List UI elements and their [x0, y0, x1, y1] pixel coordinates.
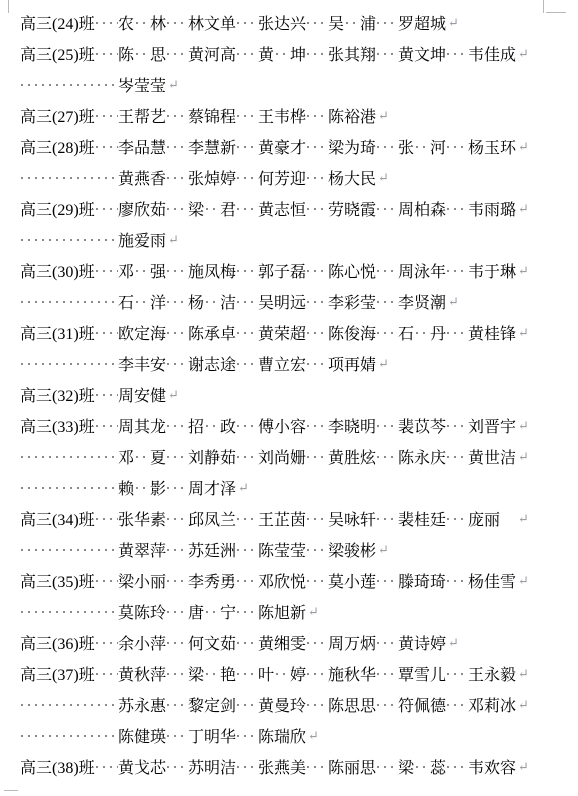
- dot-leader: [166, 100, 188, 131]
- tab-gap: [236, 720, 258, 751]
- tab-gap: [306, 689, 328, 720]
- tab-gap: [166, 472, 188, 503]
- class-label-cell: [20, 472, 118, 503]
- class-label-cell: [20, 286, 118, 317]
- dot-leader: [376, 410, 398, 441]
- tab-gap: [306, 100, 328, 131]
- given-name-char: 君: [220, 197, 236, 220]
- class-label: 高三(30)班: [20, 259, 95, 282]
- dot-leader: [236, 627, 258, 658]
- tab-gap: [306, 38, 328, 69]
- class-label-cell: 高三(24)班: [20, 7, 118, 38]
- dot-leader: [306, 689, 328, 720]
- dot-leader: [166, 441, 188, 472]
- student-name: 梁艳: [188, 658, 236, 689]
- text-boundary-mark-top-left: [8, 0, 9, 13]
- student-name: 陈永庆: [398, 441, 446, 472]
- student-name: 邓夏: [118, 441, 166, 472]
- dot-leader: [446, 441, 468, 472]
- student-name: 符佩德: [398, 689, 446, 720]
- dot-leader: [236, 38, 258, 69]
- class-label: 高三(32)班: [20, 383, 95, 406]
- dot-leader: [306, 286, 328, 317]
- class-label: 高三(35)班: [20, 569, 95, 592]
- class-row: 高三(32)班周安健↵: [20, 379, 578, 410]
- dot-leader: [236, 596, 258, 627]
- class-label-cell: [20, 441, 118, 472]
- tab-gap: [306, 131, 328, 162]
- student-name: 杨佳雪: [468, 565, 516, 596]
- dot-leader: [236, 503, 258, 534]
- dot-leader: [376, 689, 398, 720]
- class-row: 高三(31)班欧定海陈承卓黄荣超陈俊海石丹黄桂锋↵: [20, 317, 578, 348]
- tab-gap: [236, 162, 258, 193]
- dot-leader: [376, 751, 398, 782]
- class-row: 高三(34)班张华素邱凤兰王芷茵吴咏轩裴桂廷庞丽↵: [20, 503, 578, 534]
- student-name: 韦佳成: [468, 38, 516, 69]
- dot-leader: [376, 627, 398, 658]
- name-inner-dot-leader: [205, 286, 219, 317]
- line-return-mark-icon: ↵: [518, 317, 529, 348]
- student-name: 唐宁: [188, 596, 236, 627]
- tab-gap: [376, 410, 398, 441]
- student-name: 施凤梅: [188, 255, 236, 286]
- line-return-mark-icon: ↵: [518, 441, 529, 472]
- tab-gap: [236, 627, 258, 658]
- dot-leader: [306, 255, 328, 286]
- tab-gap: [376, 193, 398, 224]
- dot-leader: [236, 751, 258, 782]
- student-name: 陈瑞欣: [258, 720, 306, 751]
- surname-char: 石: [118, 290, 134, 313]
- student-name: 丁明华: [188, 720, 236, 751]
- name-inner-dot-leader: [205, 193, 219, 224]
- dot-leader: [95, 751, 118, 782]
- dot-leader: [20, 472, 118, 503]
- student-name: 裴苡芩: [398, 410, 446, 441]
- continuation-row: 黄燕香张焯婷何芳迎杨大民↵: [20, 162, 578, 193]
- name-inner-dot-leader: [135, 255, 149, 286]
- student-name: 韦欢容: [468, 751, 516, 782]
- tab-gap: [236, 534, 258, 565]
- given-name-char: 政: [220, 414, 236, 437]
- tab-gap: [236, 658, 258, 689]
- dot-leader: [95, 317, 118, 348]
- student-name: 施秋华: [328, 658, 376, 689]
- dot-leader: [236, 162, 258, 193]
- dot-leader: [20, 441, 118, 472]
- tab-gap: [236, 100, 258, 131]
- student-name: 李慧新: [188, 131, 236, 162]
- student-name: 刘晋宇: [468, 410, 516, 441]
- student-name: 招政: [188, 410, 236, 441]
- tab-gap: [166, 503, 188, 534]
- student-name: 劳晓霞: [328, 193, 376, 224]
- tab-gap: [306, 7, 328, 38]
- dot-leader: [166, 720, 188, 751]
- student-name: 黄桂锋: [468, 317, 516, 348]
- surname-char: 杨: [188, 290, 204, 313]
- dot-leader: [95, 503, 118, 534]
- student-name: 李秀勇: [188, 565, 236, 596]
- student-name: 黄秋萍: [118, 658, 166, 689]
- class-label-cell: 高三(25)班: [20, 38, 118, 69]
- student-name: 施爱雨: [118, 224, 166, 255]
- tab-gap: [446, 503, 468, 534]
- dot-leader: [236, 100, 258, 131]
- student-name: 余小萍: [118, 627, 166, 658]
- tab-gap: [236, 689, 258, 720]
- dot-leader: [20, 286, 118, 317]
- line-return-mark-icon: ↵: [518, 38, 529, 69]
- student-name: 李贤潮: [398, 286, 446, 317]
- student-name: 张河: [398, 131, 446, 162]
- line-return-mark-icon: ↵: [518, 131, 529, 162]
- student-name: 周万炳: [328, 627, 376, 658]
- surname-char: 张: [398, 135, 414, 158]
- tab-gap: [166, 596, 188, 627]
- tab-gap: [376, 751, 398, 782]
- dot-leader: [376, 7, 398, 38]
- class-label: 高三(27)班: [20, 104, 95, 127]
- given-name-char: 影: [150, 476, 166, 499]
- student-name: 陈俊海: [328, 317, 376, 348]
- student-name: 周泳年: [398, 255, 446, 286]
- surname-char: 梁: [188, 662, 204, 685]
- dot-leader: [20, 348, 118, 379]
- line-return-mark-icon: ↵: [448, 627, 459, 658]
- tab-gap: [446, 131, 468, 162]
- line-return-mark-icon: ↵: [448, 286, 459, 317]
- dot-leader: [306, 658, 328, 689]
- tab-gap: [376, 255, 398, 286]
- dot-leader: [306, 38, 328, 69]
- line-return-mark-icon: ↵: [518, 410, 529, 441]
- student-name: 黄坤: [258, 38, 306, 69]
- student-name: 李丰安: [118, 348, 166, 379]
- class-label: 高三(36)班: [20, 631, 95, 654]
- student-name: 滕琦琦: [398, 565, 446, 596]
- class-label-cell: 高三(37)班: [20, 658, 118, 689]
- student-name: 岑莹莹: [118, 69, 166, 100]
- student-name: 黄志恒: [258, 193, 306, 224]
- surname-char: 梁: [188, 197, 204, 220]
- student-name: 黄荣超: [258, 317, 306, 348]
- text-boundary-mark-bottom-left: [4, 790, 18, 791]
- student-name: 项再婧: [328, 348, 376, 379]
- dot-leader: [20, 689, 118, 720]
- name-inner-dot-leader: [205, 410, 219, 441]
- class-row: 高三(33)班周其龙招政傅小容李晓明裴苡芩刘晋宇↵: [20, 410, 578, 441]
- tab-gap: [236, 7, 258, 38]
- dot-leader: [236, 410, 258, 441]
- dot-leader: [236, 441, 258, 472]
- tab-gap: [306, 286, 328, 317]
- dot-leader: [306, 503, 328, 534]
- dot-leader: [20, 596, 118, 627]
- class-row: 高三(38)班黄戈芯苏明洁张燕美陈丽思梁蕊韦欢容↵: [20, 751, 578, 782]
- student-name: 黎定剑: [188, 689, 236, 720]
- given-name-char: 林: [150, 11, 166, 34]
- class-label: 高三(31)班: [20, 321, 95, 344]
- dot-leader: [236, 689, 258, 720]
- given-name-char: 洋: [150, 290, 166, 313]
- tab-gap: [166, 7, 188, 38]
- student-name: 黄曼玲: [258, 689, 306, 720]
- class-label-cell: 高三(35)班: [20, 565, 118, 596]
- class-label-cell: [20, 534, 118, 565]
- tab-gap: [376, 503, 398, 534]
- student-name: 梁君: [188, 193, 236, 224]
- dot-leader: [306, 100, 328, 131]
- dot-leader: [236, 534, 258, 565]
- student-name: 裴桂廷: [398, 503, 446, 534]
- class-row: 高三(29)班廖欣茹梁君黄志恒劳晓霞周柏森韦雨璐↵: [20, 193, 578, 224]
- dot-leader: [376, 286, 398, 317]
- dot-leader: [166, 751, 188, 782]
- dot-leader: [236, 720, 258, 751]
- student-name: 周才泽: [188, 472, 236, 503]
- dot-leader: [95, 565, 118, 596]
- dot-leader: [236, 255, 258, 286]
- dot-leader: [166, 658, 188, 689]
- student-name: 陈旭新: [258, 596, 306, 627]
- dot-leader: [306, 348, 328, 379]
- continuation-row: 赖影周才泽↵: [20, 472, 578, 503]
- dot-leader: [306, 317, 328, 348]
- name-inner-dot-leader: [135, 441, 149, 472]
- continuation-row: 邓夏刘静茹刘尚姗黄胜炫陈永庆黄世洁↵: [20, 441, 578, 472]
- class-row: 高三(25)班陈思黄河高黄坤张其翔黄文坤韦佳成↵: [20, 38, 578, 69]
- dot-leader: [236, 658, 258, 689]
- student-name: 张焯婷: [188, 162, 236, 193]
- surname-char: 邓: [118, 445, 134, 468]
- name-inner-dot-leader: [135, 38, 149, 69]
- tab-gap: [376, 38, 398, 69]
- class-label: 高三(28)班: [20, 135, 95, 158]
- tab-gap: [166, 317, 188, 348]
- student-name: 陈莹莹: [258, 534, 306, 565]
- class-label-cell: 高三(27)班: [20, 100, 118, 131]
- tab-gap: [236, 286, 258, 317]
- tab-gap: [236, 441, 258, 472]
- student-name: 何文茹: [188, 627, 236, 658]
- tab-gap: [306, 658, 328, 689]
- student-name: 覃雪儿: [398, 658, 446, 689]
- dot-leader: [446, 255, 468, 286]
- dot-leader: [306, 162, 328, 193]
- student-name: 欧定海: [118, 317, 166, 348]
- dot-leader: [166, 286, 188, 317]
- class-row: 高三(30)班邓强施凤梅郭子磊陈心悦周泳年韦于琳↵: [20, 255, 578, 286]
- class-label: 高三(38)班: [20, 755, 95, 778]
- class-row: 高三(27)班王帮艺蔡锦程王韦桦陈裕港↵: [20, 100, 578, 131]
- surname-char: 黄: [258, 42, 274, 65]
- tab-gap: [376, 7, 398, 38]
- tab-gap: [376, 317, 398, 348]
- name-inner-dot-leader: [135, 286, 149, 317]
- tab-gap: [166, 689, 188, 720]
- tab-gap: [236, 410, 258, 441]
- line-return-mark-icon: ↵: [378, 100, 389, 131]
- student-name: 邓欣悦: [258, 565, 306, 596]
- student-name: 石洋: [118, 286, 166, 317]
- dot-leader: [446, 38, 468, 69]
- tab-gap: [236, 503, 258, 534]
- class-row: 高三(37)班黄秋萍梁艳叶婷施秋华覃雪儿王永毅↵: [20, 658, 578, 689]
- student-name: 邓莉冰: [468, 689, 516, 720]
- line-return-mark-icon: ↵: [168, 379, 179, 410]
- dot-leader: [446, 689, 468, 720]
- dot-leader: [376, 317, 398, 348]
- class-label-cell: 高三(33)班: [20, 410, 118, 441]
- dot-leader: [236, 193, 258, 224]
- tab-gap: [446, 317, 468, 348]
- line-return-mark-icon: ↵: [518, 255, 529, 286]
- line-return-mark-icon: ↵: [518, 503, 529, 534]
- class-label-cell: 高三(32)班: [20, 379, 118, 410]
- dot-leader: [20, 69, 118, 100]
- tab-gap: [166, 441, 188, 472]
- dot-leader: [376, 38, 398, 69]
- tab-gap: [306, 162, 328, 193]
- student-name: 陈思: [118, 38, 166, 69]
- class-label-cell: 高三(36)班: [20, 627, 118, 658]
- tab-gap: [166, 658, 188, 689]
- tab-gap: [376, 689, 398, 720]
- dot-leader: [166, 565, 188, 596]
- surname-char: 叶: [258, 662, 274, 685]
- class-label-cell: 高三(29)班: [20, 193, 118, 224]
- dot-leader: [236, 286, 258, 317]
- name-inner-dot-leader: [205, 658, 219, 689]
- surname-char: 赖: [118, 476, 134, 499]
- tab-gap: [166, 255, 188, 286]
- surname-char: 唐: [188, 600, 204, 623]
- student-name: 陈思思: [328, 689, 376, 720]
- dot-leader: [306, 441, 328, 472]
- tab-gap: [376, 286, 398, 317]
- dot-leader: [376, 565, 398, 596]
- tab-gap: [236, 751, 258, 782]
- class-label-cell: 高三(38)班: [20, 751, 118, 782]
- student-name: 梁骏彬: [328, 534, 376, 565]
- class-label: 高三(34)班: [20, 507, 95, 530]
- class-label-cell: 高三(28)班: [20, 131, 118, 162]
- document-page[interactable]: 高三(24)班农林林文单张达兴吴浦罗超城↵高三(25)班陈思黄河高黄坤张其翔黄文…: [0, 0, 578, 796]
- tab-gap: [236, 317, 258, 348]
- dot-leader: [95, 7, 118, 38]
- tab-gap: [236, 348, 258, 379]
- class-label-cell: [20, 69, 118, 100]
- tab-gap: [446, 565, 468, 596]
- dot-leader: [446, 317, 468, 348]
- class-label: 高三(33)班: [20, 414, 95, 437]
- student-name: 谢志途: [188, 348, 236, 379]
- class-label-cell: [20, 348, 118, 379]
- student-name: 刘静茹: [188, 441, 236, 472]
- tab-gap: [446, 255, 468, 286]
- line-return-mark-icon: ↵: [238, 472, 249, 503]
- student-name: 陈承卓: [188, 317, 236, 348]
- line-return-mark-icon: ↵: [518, 751, 529, 782]
- tab-gap: [446, 193, 468, 224]
- dot-leader: [376, 131, 398, 162]
- class-label-cell: 高三(30)班: [20, 255, 118, 286]
- dot-leader: [166, 255, 188, 286]
- tab-gap: [376, 441, 398, 472]
- dot-leader: [306, 7, 328, 38]
- student-name: 李彩莹: [328, 286, 376, 317]
- line-return-mark-icon: ↵: [448, 7, 459, 38]
- tab-gap: [306, 441, 328, 472]
- dot-leader: [166, 38, 188, 69]
- tab-gap: [166, 162, 188, 193]
- dot-leader: [95, 255, 118, 286]
- student-name: 韦雨璐: [468, 193, 516, 224]
- dot-leader: [446, 193, 468, 224]
- student-name: 苏明洁: [188, 751, 236, 782]
- dot-leader: [376, 255, 398, 286]
- student-name: 张其翔: [328, 38, 376, 69]
- surname-char: 招: [188, 414, 204, 437]
- given-name-char: 洁: [220, 290, 236, 313]
- student-name: 吴明远: [258, 286, 306, 317]
- student-name: 黄胜炫: [328, 441, 376, 472]
- student-name: 梁小丽: [118, 565, 166, 596]
- tab-gap: [306, 410, 328, 441]
- class-label-cell: [20, 162, 118, 193]
- student-name: 张燕美: [258, 751, 306, 782]
- surname-char: 农: [118, 11, 134, 34]
- student-name: 周安健: [118, 379, 166, 410]
- student-name: 林文单: [188, 7, 236, 38]
- student-name: 廖欣茹: [118, 193, 166, 224]
- student-name: 周其龙: [118, 410, 166, 441]
- given-name-char: 强: [150, 259, 166, 282]
- tab-gap: [306, 193, 328, 224]
- student-name: 王芷茵: [258, 503, 306, 534]
- tab-gap: [236, 255, 258, 286]
- student-name: 赖影: [118, 472, 166, 503]
- given-name-char: 丹: [430, 321, 446, 344]
- given-name-char: 夏: [150, 445, 166, 468]
- dot-leader: [20, 534, 118, 565]
- given-name-char: 宁: [220, 600, 236, 623]
- name-inner-dot-leader: [415, 317, 429, 348]
- student-name: 罗超城: [398, 7, 446, 38]
- student-name: 黄燕香: [118, 162, 166, 193]
- continuation-row: 苏永惠黎定剑黄曼玲陈思思符佩德邓莉冰↵: [20, 689, 578, 720]
- dot-leader: [95, 131, 118, 162]
- dot-leader: [166, 348, 188, 379]
- name-inner-dot-leader: [275, 38, 289, 69]
- dot-leader: [95, 658, 118, 689]
- student-name: 黄世洁: [468, 441, 516, 472]
- tab-gap: [306, 255, 328, 286]
- line-return-mark-icon: ↵: [308, 720, 319, 751]
- class-label-cell: [20, 689, 118, 720]
- student-name: 黄戈芯: [118, 751, 166, 782]
- student-name: 张达兴: [258, 7, 306, 38]
- student-name: 王韦桦: [258, 100, 306, 131]
- line-return-mark-icon: ↵: [378, 162, 389, 193]
- class-label-cell: [20, 224, 118, 255]
- dot-leader: [166, 503, 188, 534]
- student-name: 郭子磊: [258, 255, 306, 286]
- student-name: 梁为琦: [328, 131, 376, 162]
- tab-gap: [166, 565, 188, 596]
